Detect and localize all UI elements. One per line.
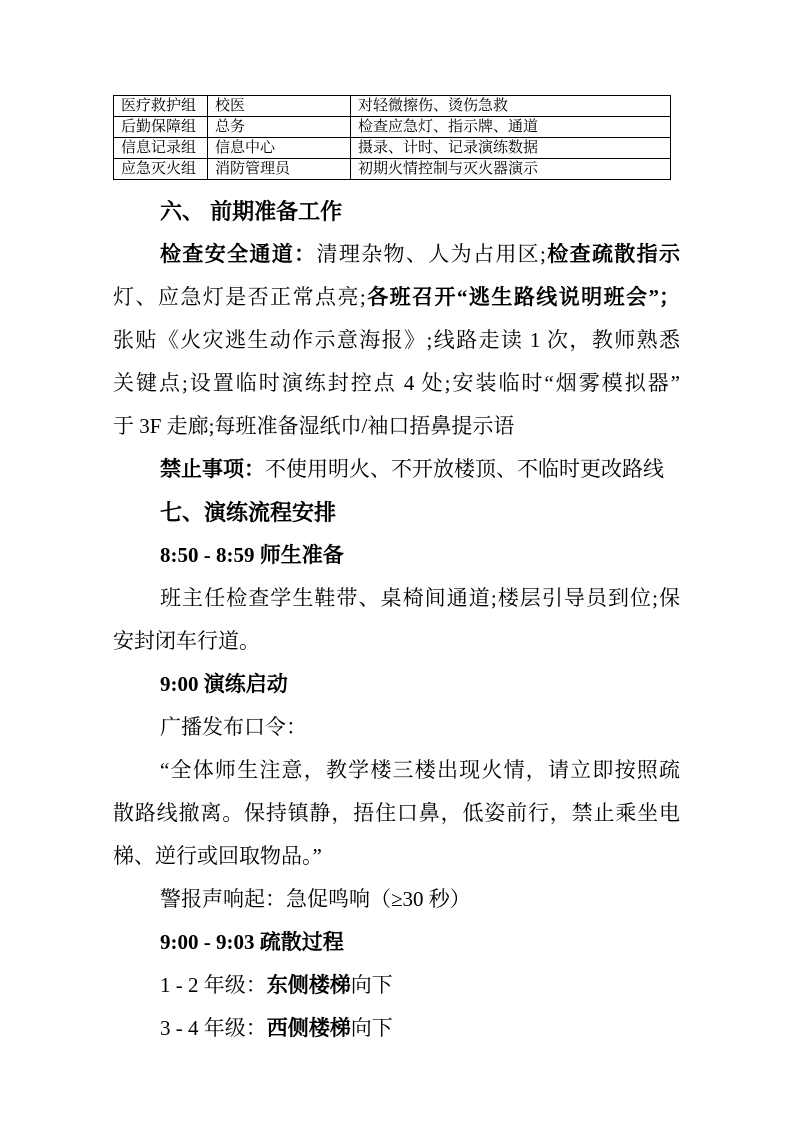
paragraph-line: 于 3F 走廊;每班准备湿纸巾/袖口捂鼻提示语 <box>113 405 680 448</box>
cell-owner: 总务 <box>208 117 351 138</box>
forbidden-items-line: 禁止事项：不使用明火、不开放楼顶、不临时更改路线 <box>113 448 680 491</box>
cell-owner: 消防管理员 <box>208 159 351 180</box>
duty-roles-table: 医疗救护组 校医 对轻微擦伤、烫伤急救 后勤保障组 总务 检查应急灯、指示牌、通… <box>113 95 671 180</box>
paragraph-line: 散路线撤离。保持镇静，捂住口鼻，低姿前行，禁止乘坐电 <box>113 792 680 835</box>
table-row-logistics: 后勤保障组 总务 检查应急灯、指示牌、通道 <box>114 117 671 138</box>
cell-duty: 检查应急灯、指示牌、通道 <box>351 117 671 138</box>
section-6-heading: 六、 前期准备工作 <box>113 190 680 233</box>
paragraph-line: 梯、逆行或回取物品。” <box>113 835 680 878</box>
table-row-medical: 医疗救护组 校医 对轻微擦伤、烫伤急救 <box>114 96 671 117</box>
text-run: 不使用明火、不开放楼顶、不临时更改路线 <box>265 457 664 481</box>
section-7-heading: 七、演练流程安排 <box>113 491 680 534</box>
step-2-title: 9:00 演练启动 <box>113 663 680 706</box>
cell-group-name: 医疗救护组 <box>114 96 208 117</box>
cell-group-name: 应急灭火组 <box>114 159 208 180</box>
cell-group-name: 信息记录组 <box>114 138 208 159</box>
text-run: 3 - 4 年级： <box>160 1016 267 1040</box>
preparation-paragraph: 检查安全通道：清理杂物、人为占用区;检查疏散指示 灯、应急灯是否正常点亮;各班召… <box>113 233 680 448</box>
alarm-line: 警报声响起：急促鸣响（≥30 秒） <box>113 878 680 921</box>
paragraph-line: 检查安全通道：清理杂物、人为占用区;检查疏散指示 <box>113 233 680 276</box>
paragraph-line: 关键点;设置临时演练封控点 4 处;安装临时“烟雾模拟器” <box>113 362 680 405</box>
broadcast-label-line: 广播发布口令： <box>113 706 680 749</box>
table-row-firefighting: 应急灭火组 消防管理员 初期火情控制与灭火器演示 <box>114 159 671 180</box>
paragraph-line: 班主任检查学生鞋带、桌椅间通道;楼层引导员到位;保 <box>113 577 680 620</box>
paragraph-line: 安封闭车行道。 <box>113 620 680 663</box>
text-run: 清理杂物、人为占用区; <box>316 242 545 266</box>
bold-run: 各班召开“逃生路线说明班会”； <box>366 285 680 309</box>
grade-1-2-route: 1 - 2 年级：东侧楼梯向下 <box>113 964 680 1007</box>
table-row-recording: 信息记录组 信息中心 摄录、计时、记录演练数据 <box>114 138 671 159</box>
broadcast-quote-paragraph: “全体师生注意，教学楼三楼出现火情，请立即按照疏 散路线撤离。保持镇静，捂住口鼻… <box>113 749 680 878</box>
cell-duty: 摄录、计时、记录演练数据 <box>351 138 671 159</box>
step-1-title: 8:50 - 8:59 师生准备 <box>113 534 680 577</box>
bold-run: 检查安全通道： <box>160 242 316 266</box>
cell-duty: 对轻微擦伤、烫伤急救 <box>351 96 671 117</box>
text-run: 向下 <box>351 1016 393 1040</box>
cell-duty: 初期火情控制与灭火器演示 <box>351 159 671 180</box>
paragraph-line: 张贴《火灾逃生动作示意海报》;线路走读 1 次，教师熟悉 <box>113 319 680 362</box>
bold-run: 西侧楼梯 <box>267 1016 351 1040</box>
paragraph-line: 灯、应急灯是否正常点亮;各班召开“逃生路线说明班会”； <box>113 276 680 319</box>
step-3-title: 9:00 - 9:03 疏散过程 <box>113 921 680 964</box>
bold-run: 检查疏散指示 <box>546 242 680 266</box>
paragraph-line: “全体师生注意，教学楼三楼出现火情，请立即按照疏 <box>113 749 680 792</box>
text-run: 灯、应急灯是否正常点亮; <box>113 285 366 309</box>
cell-owner: 信息中心 <box>208 138 351 159</box>
cell-owner: 校医 <box>208 96 351 117</box>
text-run: 1 - 2 年级： <box>160 973 267 997</box>
cell-group-name: 后勤保障组 <box>114 117 208 138</box>
text-run: 向下 <box>351 973 393 997</box>
grade-3-4-route: 3 - 4 年级：西侧楼梯向下 <box>113 1007 680 1050</box>
bold-run: 禁止事项： <box>160 457 265 481</box>
bold-run: 东侧楼梯 <box>267 973 351 997</box>
document-page: 医疗救护组 校医 对轻微擦伤、烫伤急救 后勤保障组 总务 检查应急灯、指示牌、通… <box>0 0 793 1122</box>
